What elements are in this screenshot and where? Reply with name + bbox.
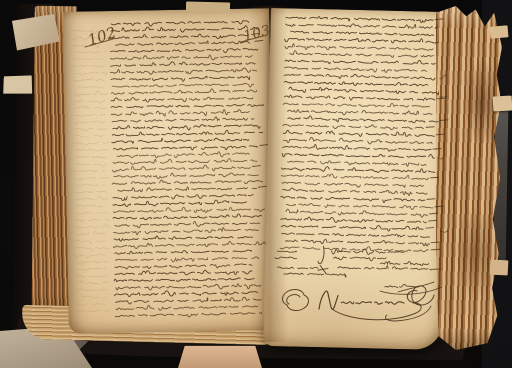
paper-tab-top <box>186 1 230 12</box>
support-wedge-center <box>178 344 262 368</box>
paper-tab-right-middle <box>493 96 512 112</box>
paper-tab-right-bottom <box>490 260 509 276</box>
left-page <box>63 8 275 334</box>
fore-edge-leaves <box>436 6 502 350</box>
manuscript-photo: 102 103 <box>0 0 512 368</box>
right-page <box>263 8 450 350</box>
paper-tab-right-top <box>490 25 509 39</box>
